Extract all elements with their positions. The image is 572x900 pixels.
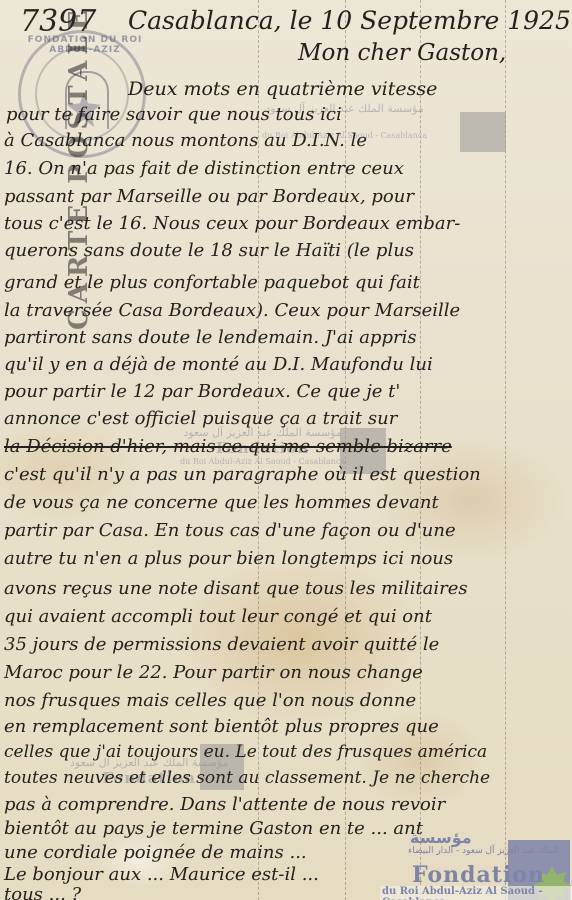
handwritten-line: la traversée Casa Bordeaux). Ceux pour M… — [4, 300, 460, 321]
handwritten-line: bientôt au pays je termine Gaston en te … — [4, 818, 423, 839]
handwritten-line: tous ... ? — [4, 884, 81, 900]
handwritten-line: en remplacement sont bientôt plus propre… — [4, 716, 439, 737]
handwritten-line: 35 jours de permissions devaient avoir q… — [4, 634, 439, 655]
handwritten-line: tous c'est le 16. Nous ceux pour Bordeau… — [4, 213, 460, 234]
logo-arabic: مؤسسة — [410, 828, 472, 847]
handwritten-line: annonce c'est officiel puisque ça a trai… — [4, 408, 397, 429]
postcard-scan: FONDATION DU ROI ABDUL-AZIZ 7397 Casabla… — [0, 0, 572, 900]
handwritten-line: querons sans doute le 18 sur le Haïti (l… — [4, 240, 414, 261]
watermark-block — [460, 112, 506, 152]
handwritten-line: passant par Marseille ou par Bordeaux, p… — [4, 186, 414, 207]
handwritten-line: qu'il y en a déjà de monté au D.I. Maufo… — [4, 354, 433, 375]
handwritten-line: avons reçus une note disant que tous les… — [4, 578, 468, 599]
handwritten-line: qui avaient accompli tout leur congé et … — [4, 606, 432, 627]
place-date: Casablanca, le 10 Septembre 1925. — [128, 6, 572, 35]
handwritten-line: pour partir le 12 par Bordeaux. Ce que j… — [4, 381, 400, 402]
handwritten-line-struck: la Décision d'hier, mais ce qui me sembl… — [4, 436, 452, 457]
handwritten-line: pour te faire savoir que nous tous ici — [6, 104, 342, 125]
logo-subtitle: du Roi Abdul-Aziz Al Saoud - Casablanca — [380, 886, 572, 900]
handwritten-line: toutes neuves et elles sont au classemen… — [4, 768, 490, 788]
handwritten-line: grand et le plus confortable paquebot qu… — [4, 272, 420, 293]
handwritten-line: de vous ça ne concerne que les hommes de… — [4, 492, 439, 513]
foundation-logo: مؤسسة الملك عبد العزيز آل سعود - الدار ا… — [380, 826, 572, 900]
handwritten-line: partir par Casa. En tous cas d'une façon… — [4, 520, 456, 541]
handwritten-line: une cordiale poignée de mains ... — [4, 842, 307, 863]
handwritten-line: autre tu n'en a plus pour bien longtemps… — [4, 548, 453, 569]
handwritten-line: celles que j'ai toujours eu. Le tout des… — [4, 742, 487, 762]
handwritten-line: à Casablanca nous montons au D.I.N. le — [4, 130, 367, 151]
handwritten-line: Maroc pour le 22. Pour partir on nous ch… — [4, 662, 423, 683]
handwritten-line: c'est qu'il n'y a pas un paragraphe où i… — [4, 464, 481, 485]
handwritten-line: Le bonjour aux ... Maurice est-il ... — [4, 864, 319, 885]
handwritten-line: pas à comprendre. Dans l'attente de nous… — [4, 794, 445, 815]
logo-title: Fondation — [412, 862, 545, 888]
handwritten-line: Deux mots en quatrième vitesse — [128, 78, 437, 100]
handwritten-line: 16. On n'a pas fait de distinction entre… — [4, 158, 404, 179]
handwritten-line: partiront sans doute le lendemain. J'ai … — [4, 327, 417, 348]
handwritten-line: nos frusques mais celles que l'on nous d… — [4, 690, 416, 711]
salutation: Mon cher Gaston, — [298, 40, 506, 66]
logo-arabic-sub: الملك عبد العزيز آل سعود - الدار البيضاء — [408, 846, 559, 856]
